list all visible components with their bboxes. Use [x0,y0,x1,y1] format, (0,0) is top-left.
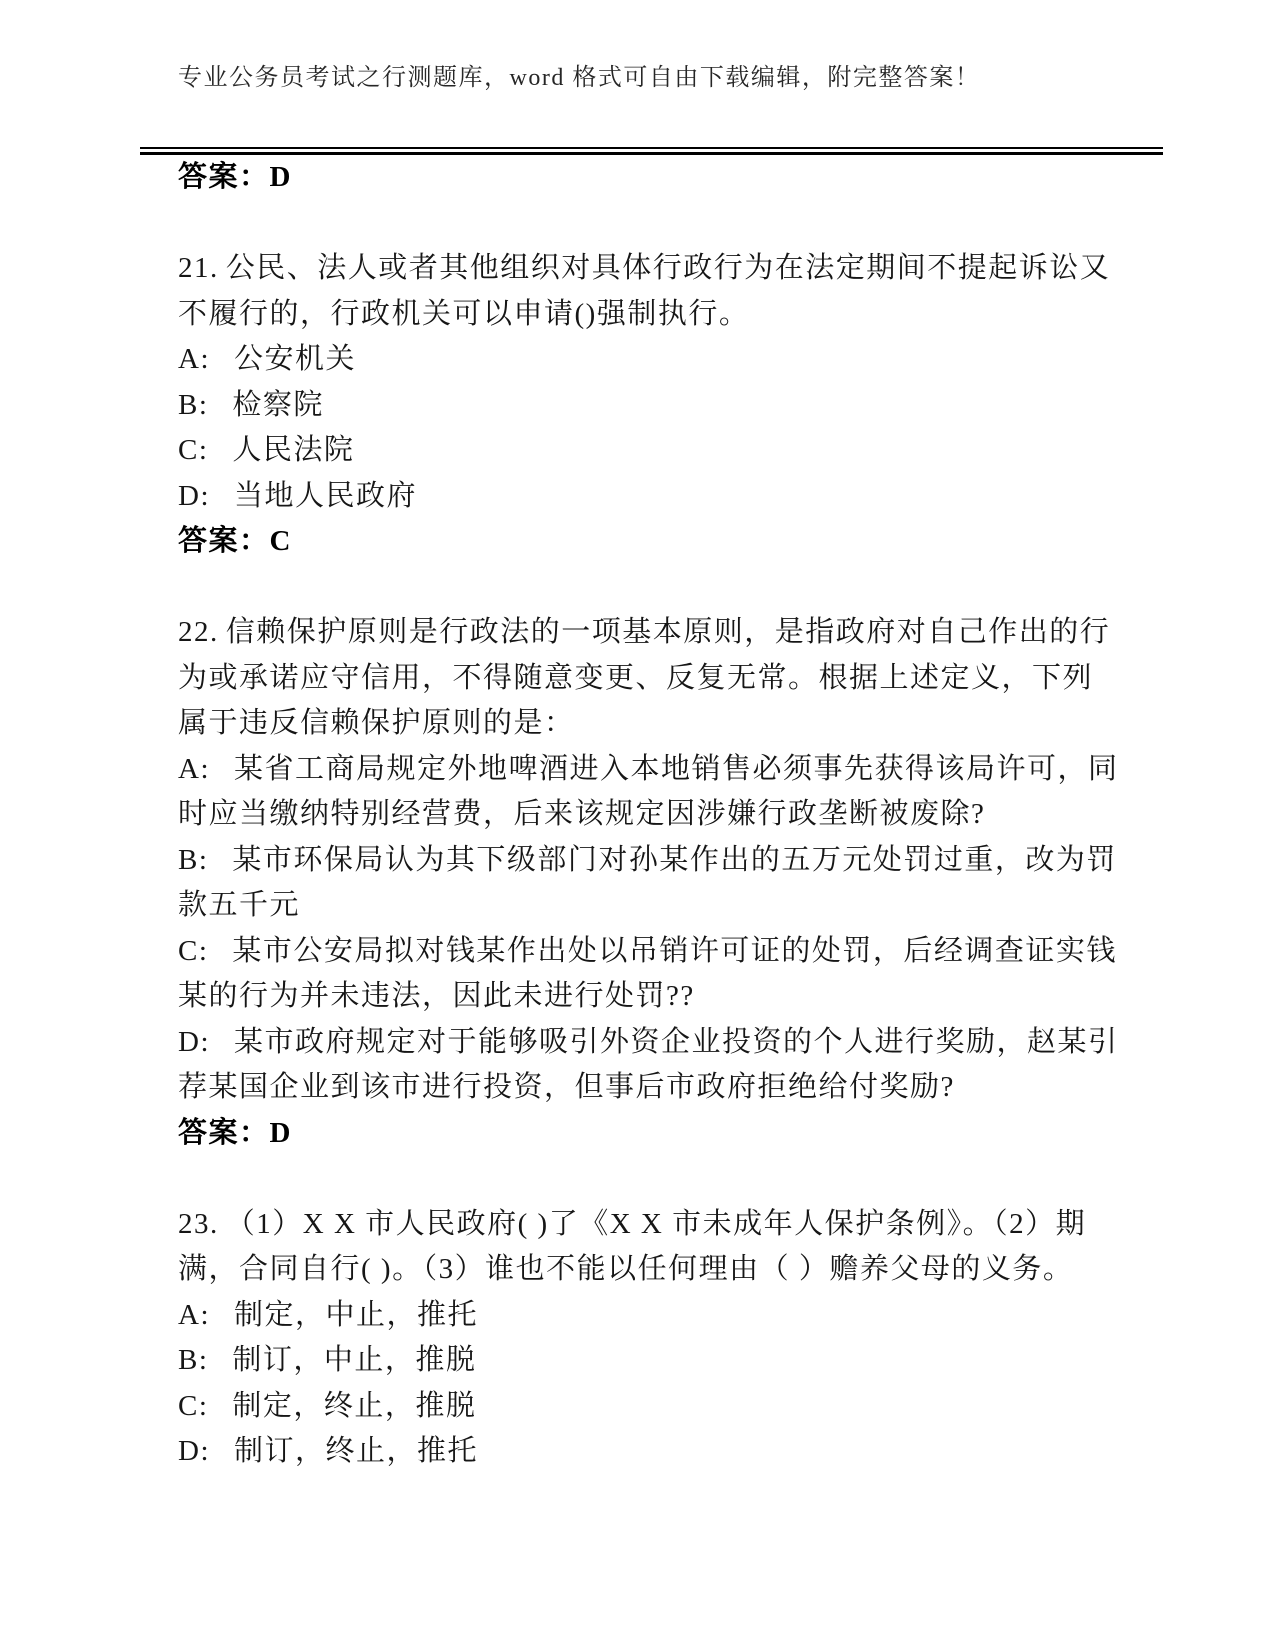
option-text: 某市环保局认为其下级部门对孙某作出的五万元处罚过重，改为罚 [232,844,1117,876]
option-text: 公安机关 [234,343,356,375]
option-label: A: [178,1293,210,1339]
question-first-line: 21.公民、法人或者其他组织对具体行政行为在法定期间不提起诉讼又 [178,246,1153,292]
question-number: 23. [178,1208,219,1240]
option-text: 检察院 [232,389,324,421]
question-number: 22. [178,616,219,648]
option-line: 某的行为并未违法，因此未进行处罚?? [178,974,1153,1020]
question-stem-text: （1）X X 市人民政府( )了《X X 市未成年人保护条例》。（2）期 [226,1208,1086,1240]
option-label: D: [178,474,210,520]
question-block: 22.信赖保护原则是行政法的一项基本原则，是指政府对自己作出的行为或承诺应守信用… [178,610,1153,1156]
option-text: 某市政府规定对于能够吸引外资企业投资的个人进行奖励，赵某引 [234,1026,1119,1058]
option-label: C: [178,1384,208,1430]
option-label: D: [178,1429,210,1475]
option-line: D:某市政府规定对于能够吸引外资企业投资的个人进行奖励，赵某引 [178,1020,1153,1066]
question-first-line: 22.信赖保护原则是行政法的一项基本原则，是指政府对自己作出的行 [178,610,1153,656]
option-line: B:某市环保局认为其下级部门对孙某作出的五万元处罚过重，改为罚 [178,838,1153,884]
question-block: 23.（1）X X 市人民政府( )了《X X 市未成年人保护条例》。（2）期满… [178,1202,1153,1475]
option-line: A:制定，中止，推托 [178,1293,1153,1339]
option-text: 制定，终止，推脱 [232,1390,476,1422]
question-list: 21.公民、法人或者其他组织对具体行政行为在法定期间不提起诉讼又不履行的，行政机… [178,246,1153,1475]
option-label: D: [178,1020,210,1066]
page-header: 专业公务员考试之行测题库，word 格式可自由下载编辑，附完整答案！ [140,0,1163,155]
option-label: C: [178,428,208,474]
option-label: A: [178,747,210,793]
question-stem-text: 信赖保护原则是行政法的一项基本原则，是指政府对自己作出的行 [226,616,1111,648]
previous-answer-line: 答案：D [178,155,1153,201]
option-line: B:制订，中止，推脱 [178,1338,1153,1384]
question-stem-text: 公民、法人或者其他组织对具体行政行为在法定期间不提起诉讼又 [226,252,1111,284]
question-stem-line: 不履行的，行政机关可以申请()强制执行。 [178,292,1153,338]
question-stem-line: 满，合同自行( )。（3）谁也不能以任何理由（ ）赡养父母的义务。 [178,1247,1153,1293]
option-label: B: [178,383,208,429]
option-text: 制订，终止，推托 [234,1435,478,1467]
option-line: A:某省工商局规定外地啤酒进入本地销售必须事先获得该局许可，同 [178,747,1153,793]
option-text: 当地人民政府 [234,480,417,512]
question-stem-line: 属于违反信赖保护原则的是： [178,701,1153,747]
answer-line: 答案：D [178,1111,1153,1157]
option-line: B:检察院 [178,383,1153,429]
option-line: 时应当缴纳特别经营费，后来该规定因涉嫌行政垄断被废除? [178,792,1153,838]
option-text: 人民法院 [232,434,354,466]
option-line: C:制定，终止，推脱 [178,1384,1153,1430]
option-label: B: [178,838,208,884]
document-page: 专业公务员考试之行测题库，word 格式可自由下载编辑，附完整答案！ 答案：D … [0,0,1275,1650]
question-stem-line: 为或承诺应守信用，不得随意变更、反复无常。根据上述定义，下列 [178,656,1153,702]
option-line: C:人民法院 [178,428,1153,474]
option-line: D:当地人民政府 [178,474,1153,520]
option-label: A: [178,337,210,383]
page-header-text: 专业公务员考试之行测题库，word 格式可自由下载编辑，附完整答案！ [178,62,1163,94]
document-body: 答案：D 21.公民、法人或者其他组织对具体行政行为在法定期间不提起诉讼又不履行… [178,155,1153,1520]
question-block: 21.公民、法人或者其他组织对具体行政行为在法定期间不提起诉讼又不履行的，行政机… [178,246,1153,565]
option-text: 某省工商局规定外地啤酒进入本地销售必须事先获得该局许可，同 [234,753,1119,785]
option-label: B: [178,1338,208,1384]
option-line: D:制订，终止，推托 [178,1429,1153,1475]
question-first-line: 23.（1）X X 市人民政府( )了《X X 市未成年人保护条例》。（2）期 [178,1202,1153,1248]
question-number: 21. [178,252,219,284]
header-divider [140,147,1163,155]
option-text: 某市公安局拟对钱某作出处以吊销许可证的处罚，后经调查证实钱 [232,935,1117,967]
option-text: 制定，中止，推托 [234,1299,478,1331]
option-line: A:公安机关 [178,337,1153,383]
option-text: 制订，中止，推脱 [232,1344,476,1376]
option-line: C:某市公安局拟对钱某作出处以吊销许可证的处罚，后经调查证实钱 [178,929,1153,975]
answer-line: 答案：C [178,519,1153,565]
option-line: 荐某国企业到该市进行投资，但事后市政府拒绝给付奖励? [178,1065,1153,1111]
option-label: C: [178,929,208,975]
option-line: 款五千元 [178,883,1153,929]
